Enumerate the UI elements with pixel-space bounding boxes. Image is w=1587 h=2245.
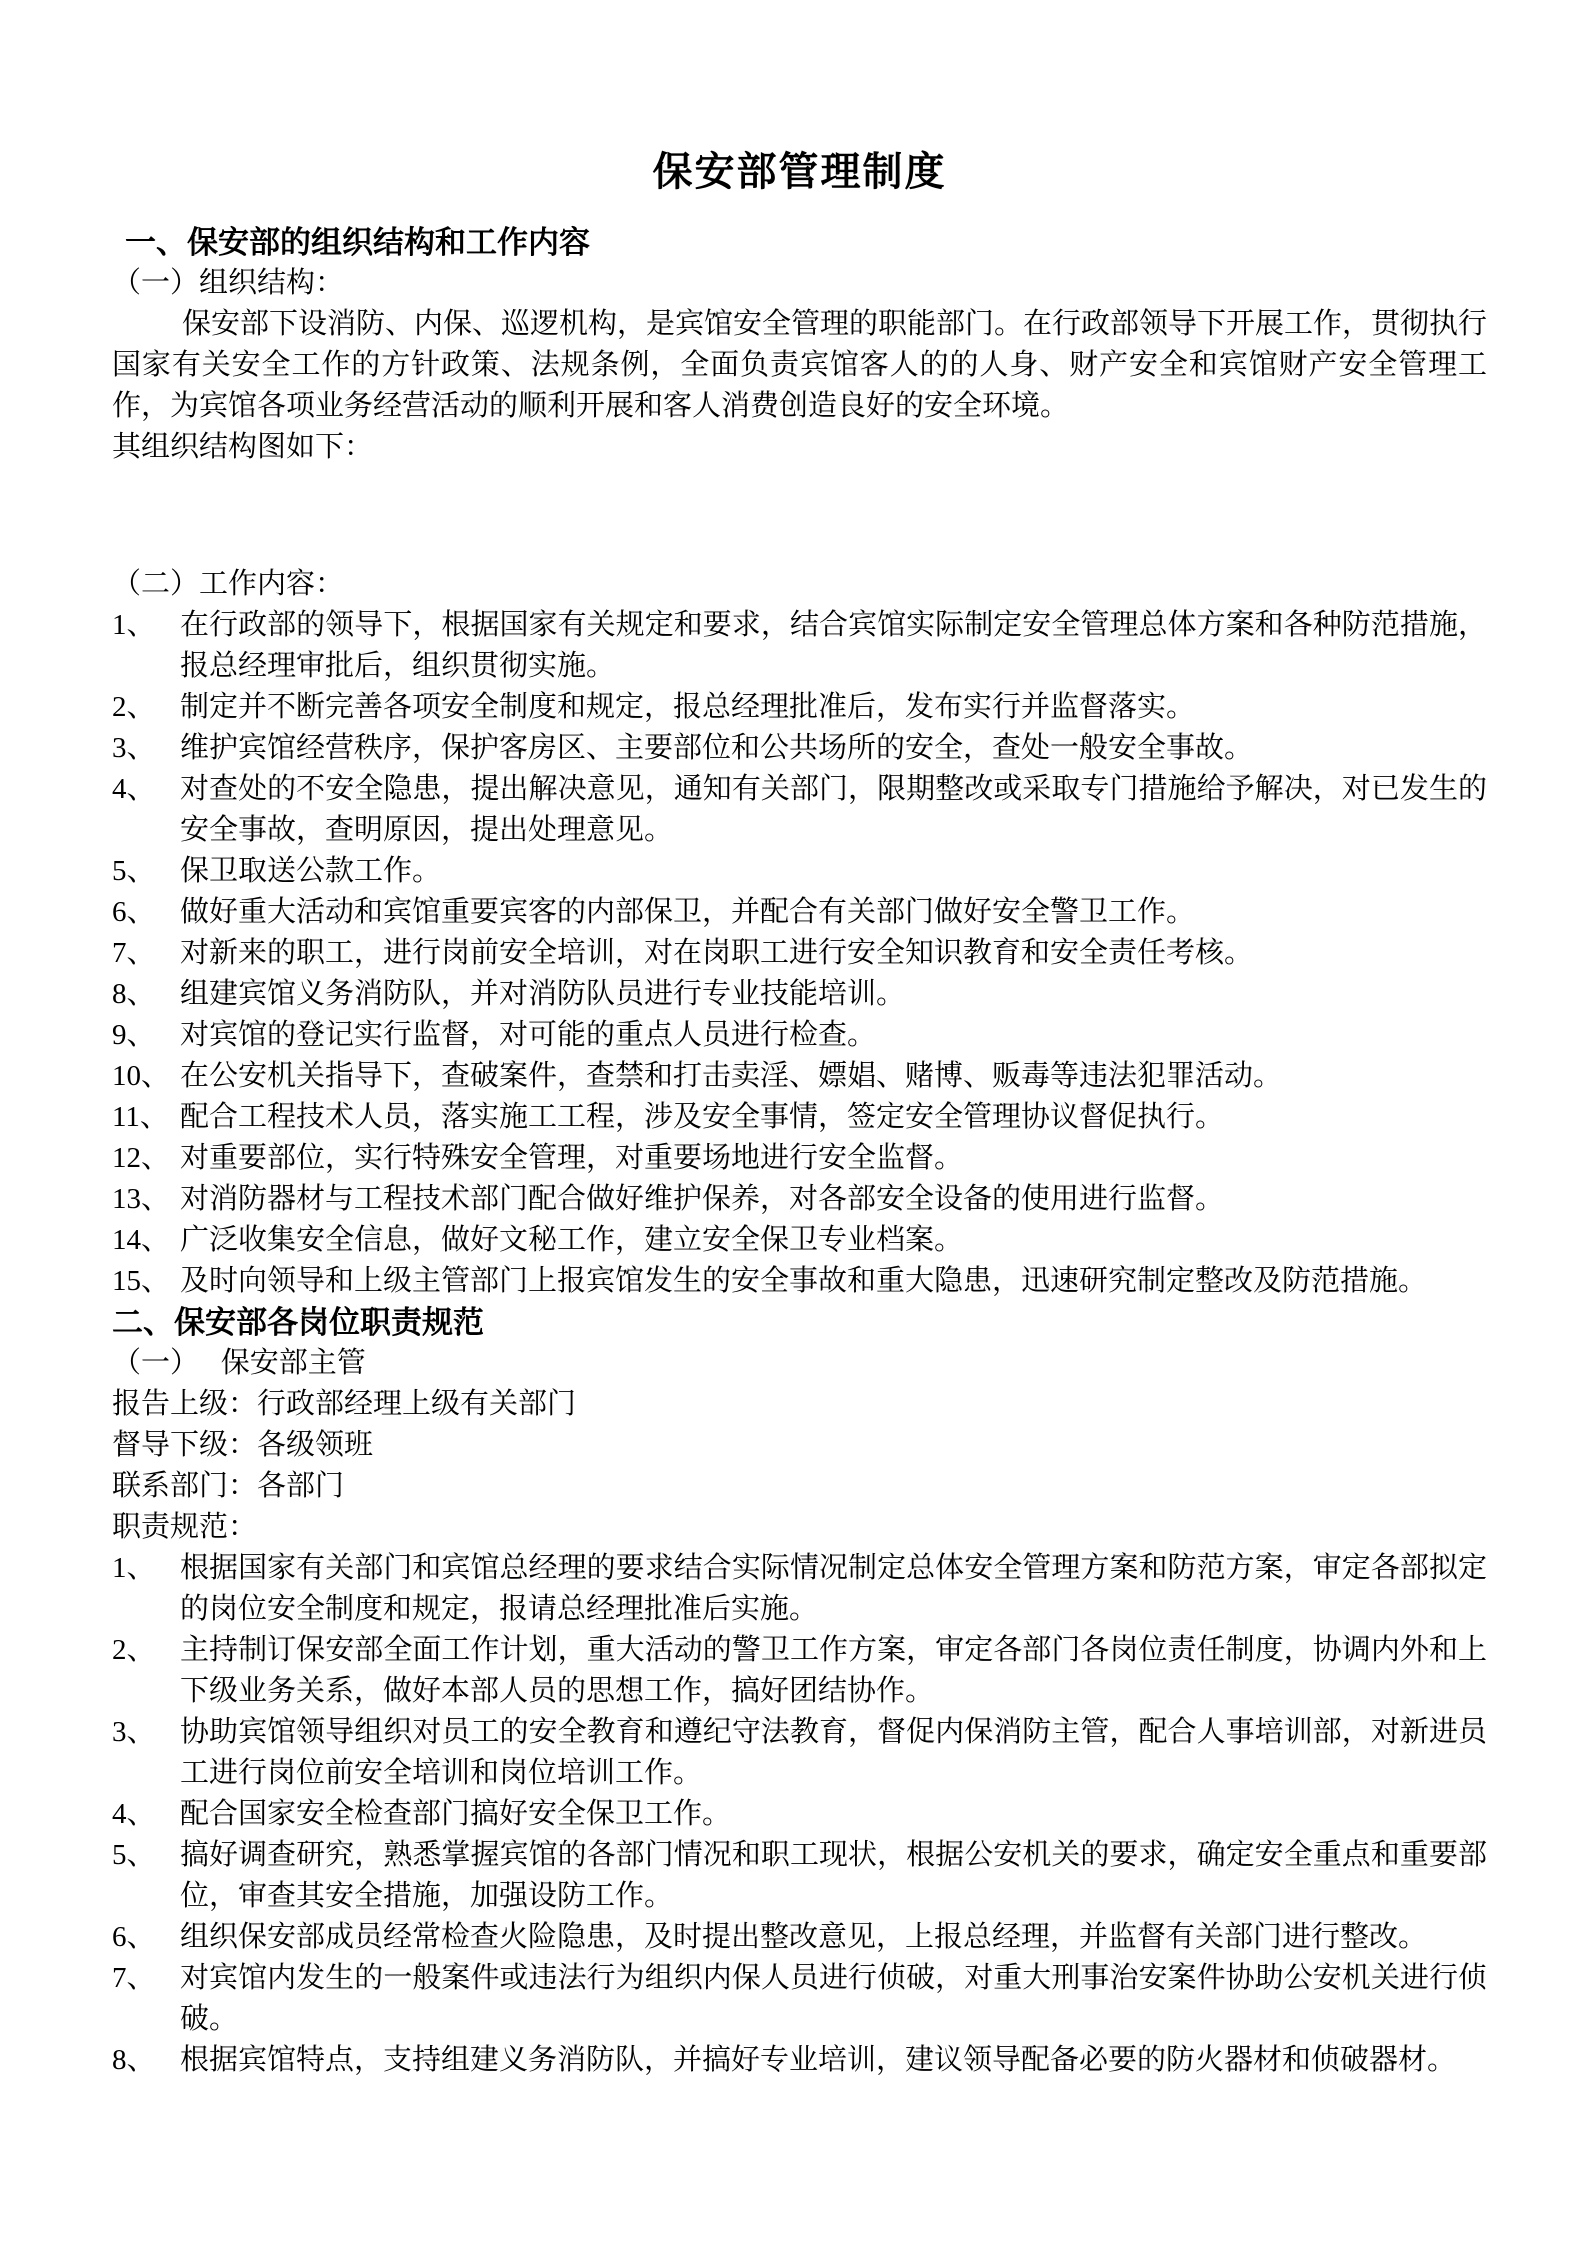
org-chart-note: 其组织结构图如下： bbox=[112, 427, 1487, 468]
duty-item-text: 协助宾馆领导组织对员工的安全教育和遵纪守法教育，督促内保消防主管，配合人事培训部… bbox=[180, 1712, 1487, 1794]
duty-item-number: 7、 bbox=[112, 1958, 180, 1999]
work-item: 3、 维护宾馆经营秩序，保护客房区、主要部位和公共场所的安全，查处一般安全事故。 bbox=[112, 728, 1487, 769]
work-item: 4、 对查处的不安全隐患，提出解决意见，通知有关部门，限期整改或采取专门措施给予… bbox=[112, 769, 1487, 851]
work-item-text: 在行政部的领导下，根据国家有关规定和要求，结合宾馆实际制定安全管理总体方案和各种… bbox=[180, 605, 1487, 687]
post-info-line: 督导下级：各级领班 bbox=[112, 1425, 1487, 1466]
work-item: 5、 保卫取送公款工作。 bbox=[112, 851, 1487, 892]
work-item-number: 4、 bbox=[112, 769, 180, 810]
work-item: 14、 广泛收集安全信息，做好文秘工作，建立安全保卫专业档案。 bbox=[112, 1220, 1487, 1261]
work-item-text: 对查处的不安全隐患，提出解决意见，通知有关部门，限期整改或采取专门措施给予解决，… bbox=[180, 769, 1487, 851]
org-structure-paragraph: 保安部下设消防、内保、巡逻机构，是宾馆安全管理的职能部门。在行政部领导下开展工作… bbox=[112, 304, 1487, 427]
work-item-text: 做好重大活动和宾馆重要宾客的内部保卫，并配合有关部门做好安全警卫工作。 bbox=[180, 892, 1487, 933]
work-item-number: 14、 bbox=[112, 1220, 180, 1261]
work-item: 7、 对新来的职工，进行岗前安全培训，对在岗职工进行安全知识教育和安全责任考核。 bbox=[112, 933, 1487, 974]
work-item-text: 对新来的职工，进行岗前安全培训，对在岗职工进行安全知识教育和安全责任考核。 bbox=[180, 933, 1487, 974]
post-info-line-text: 督导下级：各级领班 bbox=[112, 1429, 373, 1461]
duty-item-text: 主持制订保安部全面工作计划，重大活动的警卫工作方案，审定各部门各岗位责任制度，协… bbox=[180, 1630, 1487, 1712]
duty-item: 5、 搞好调查研究，熟悉掌握宾馆的各部门情况和职工现状，根据公安机关的要求，确定… bbox=[112, 1835, 1487, 1917]
document-title: 保安部管理制度 bbox=[112, 148, 1487, 196]
work-item-text: 及时向领导和上级主管部门上报宾馆发生的安全事故和重大隐患，迅速研究制定整改及防范… bbox=[180, 1261, 1487, 1302]
work-item: 12、 对重要部位，实行特殊安全管理，对重要场地进行安全监督。 bbox=[112, 1138, 1487, 1179]
duty-item: 1、 根据国家有关部门和宾馆总经理的要求结合实际情况制定总体安全管理方案和防范方… bbox=[112, 1548, 1487, 1630]
duty-item: 4、 配合国家安全检查部门搞好安全保卫工作。 bbox=[112, 1794, 1487, 1835]
work-item-number: 12、 bbox=[112, 1138, 180, 1179]
duty-item-text: 搞好调查研究，熟悉掌握宾馆的各部门情况和职工现状，根据公安机关的要求，确定安全重… bbox=[180, 1835, 1487, 1917]
work-item-number: 5、 bbox=[112, 851, 180, 892]
duty-item-text: 配合国家安全检查部门搞好安全保卫工作。 bbox=[180, 1794, 1487, 1835]
post-info-line: 联系部门：各部门 bbox=[112, 1466, 1487, 1507]
work-item-text: 对宾馆的登记实行监督，对可能的重点人员进行检查。 bbox=[180, 1015, 1487, 1056]
duty-item-text: 根据宾馆特点，支持组建义务消防队，并搞好专业培训，建议领导配备必要的防火器材和侦… bbox=[180, 2040, 1487, 2081]
duty-item-number: 4、 bbox=[112, 1794, 180, 1835]
work-item-number: 7、 bbox=[112, 933, 180, 974]
work-item-number: 10、 bbox=[112, 1056, 180, 1097]
work-item: 2、 制定并不断完善各项安全制度和规定，报总经理批准后，发布实行并监督落实。 bbox=[112, 687, 1487, 728]
duty-item-text: 根据国家有关部门和宾馆总经理的要求结合实际情况制定总体安全管理方案和防范方案，审… bbox=[180, 1548, 1487, 1630]
duty-item: 8、 根据宾馆特点，支持组建义务消防队，并搞好专业培训，建议领导配备必要的防火器… bbox=[112, 2040, 1487, 2081]
work-item-text: 对重要部位，实行特殊安全管理，对重要场地进行安全监督。 bbox=[180, 1138, 1487, 1179]
work-item: 8、 组建宾馆义务消防队，并对消防队员进行专业技能培训。 bbox=[112, 974, 1487, 1015]
work-item-number: 15、 bbox=[112, 1261, 180, 1302]
work-item: 9、 对宾馆的登记实行监督，对可能的重点人员进行检查。 bbox=[112, 1015, 1487, 1056]
work-item-text: 维护宾馆经营秩序，保护客房区、主要部位和公共场所的安全，查处一般安全事故。 bbox=[180, 728, 1487, 769]
section2-post-subheading: （一） 保安部主管 bbox=[112, 1343, 1487, 1384]
post-info-line-text: 联系部门：各部门 bbox=[112, 1470, 344, 1502]
work-item: 13、 对消防器材与工程技术部门配合做好维护保养，对各部安全设备的使用进行监督。 bbox=[112, 1179, 1487, 1220]
work-item-number: 6、 bbox=[112, 892, 180, 933]
work-item-number: 8、 bbox=[112, 974, 180, 1015]
duty-item-number: 1、 bbox=[112, 1548, 180, 1589]
duty-item-number: 8、 bbox=[112, 2040, 180, 2081]
work-item-text: 在公安机关指导下，查破案件，查禁和打击卖淫、嫖娼、赌博、贩毒等违法犯罪活动。 bbox=[180, 1056, 1487, 1097]
work-item-text: 广泛收集安全信息，做好文秘工作，建立安全保卫专业档案。 bbox=[180, 1220, 1487, 1261]
work-item: 10、 在公安机关指导下，查破案件，查禁和打击卖淫、嫖娼、赌博、贩毒等违法犯罪活… bbox=[112, 1056, 1487, 1097]
work-item-text: 制定并不断完善各项安全制度和规定，报总经理批准后，发布实行并监督落实。 bbox=[180, 687, 1487, 728]
post-info-line: 报告上级：行政部经理上级有关部门 bbox=[112, 1384, 1487, 1425]
work-item-text: 组建宾馆义务消防队，并对消防队员进行专业技能培训。 bbox=[180, 974, 1487, 1015]
post-info-line-text: 报告上级：行政部经理上级有关部门 bbox=[112, 1388, 576, 1420]
work-item: 6、 做好重大活动和宾馆重要宾客的内部保卫，并配合有关部门做好安全警卫工作。 bbox=[112, 892, 1487, 933]
duty-item-number: 5、 bbox=[112, 1835, 180, 1876]
work-item-text: 保卫取送公款工作。 bbox=[180, 851, 1487, 892]
duty-item-number: 6、 bbox=[112, 1917, 180, 1958]
duty-item-text: 对宾馆内发生的一般案件或违法行为组织内保人员进行侦破，对重大刑事治安案件协助公安… bbox=[180, 1958, 1487, 2040]
duty-item: 6、 组织保安部成员经常检查火险隐患，及时提出整改意见，上报总经理，并监督有关部… bbox=[112, 1917, 1487, 1958]
section1-heading: 一、保安部的组织结构和工作内容 bbox=[112, 222, 1487, 263]
work-item: 1、 在行政部的领导下，根据国家有关规定和要求，结合宾馆实际制定安全管理总体方案… bbox=[112, 605, 1487, 687]
section1-work-content-subheading: （二）工作内容： bbox=[112, 564, 1487, 605]
duty-item: 2、 主持制订保安部全面工作计划，重大活动的警卫工作方案，审定各部门各岗位责任制… bbox=[112, 1630, 1487, 1712]
section2-heading: 二、保安部各岗位职责规范 bbox=[112, 1302, 1487, 1343]
work-item-text: 配合工程技术人员，落实施工工程，涉及安全事情，签定安全管理协议督促执行。 bbox=[180, 1097, 1487, 1138]
work-item-text: 对消防器材与工程技术部门配合做好维护保养，对各部安全设备的使用进行监督。 bbox=[180, 1179, 1487, 1220]
post-info-lines: 报告上级：行政部经理上级有关部门 督导下级：各级领班 联系部门：各部门 职责规范… bbox=[112, 1384, 1487, 1548]
org-chart-placeholder bbox=[112, 468, 1487, 564]
post-info-line: 职责规范： bbox=[112, 1507, 1487, 1548]
work-item-number: 2、 bbox=[112, 687, 180, 728]
work-items-list: 1、 在行政部的领导下，根据国家有关规定和要求，结合宾馆实际制定安全管理总体方案… bbox=[112, 605, 1487, 1302]
duty-item-number: 2、 bbox=[112, 1630, 180, 1671]
work-item-number: 1、 bbox=[112, 605, 180, 646]
document-page: 保安部管理制度 一、保安部的组织结构和工作内容 （一）组织结构： 保安部下设消防… bbox=[0, 0, 1587, 2245]
duty-item: 7、 对宾馆内发生的一般案件或违法行为组织内保人员进行侦破，对重大刑事治安案件协… bbox=[112, 1958, 1487, 2040]
work-item-number: 13、 bbox=[112, 1179, 180, 1220]
work-item-number: 9、 bbox=[112, 1015, 180, 1056]
work-item-number: 3、 bbox=[112, 728, 180, 769]
duty-item-text: 组织保安部成员经常检查火险隐患，及时提出整改意见，上报总经理，并监督有关部门进行… bbox=[180, 1917, 1487, 1958]
duty-item-number: 3、 bbox=[112, 1712, 180, 1753]
work-item-number: 11、 bbox=[112, 1097, 180, 1138]
work-item: 11、 配合工程技术人员，落实施工工程，涉及安全事情，签定安全管理协议督促执行。 bbox=[112, 1097, 1487, 1138]
work-item: 15、 及时向领导和上级主管部门上报宾馆发生的安全事故和重大隐患，迅速研究制定整… bbox=[112, 1261, 1487, 1302]
duty-items-list: 1、 根据国家有关部门和宾馆总经理的要求结合实际情况制定总体安全管理方案和防范方… bbox=[112, 1548, 1487, 2081]
duty-item: 3、 协助宾馆领导组织对员工的安全教育和遵纪守法教育，督促内保消防主管，配合人事… bbox=[112, 1712, 1487, 1794]
post-info-line-text: 职责规范： bbox=[112, 1511, 257, 1543]
section1-org-structure-subheading: （一）组织结构： bbox=[112, 263, 1487, 304]
